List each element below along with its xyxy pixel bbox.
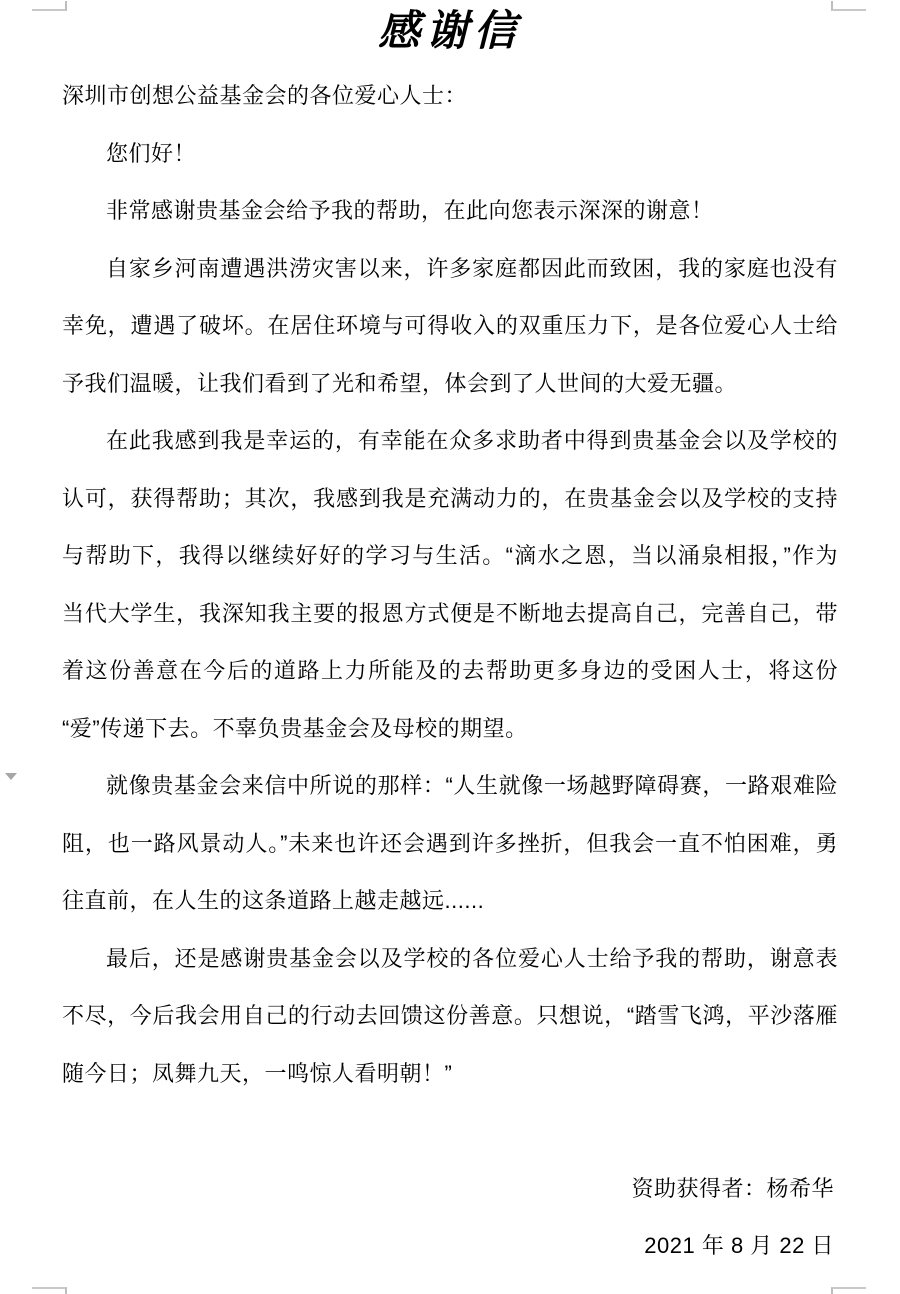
paragraph: 最后，还是感谢贵基金会以及学校的各位爱心人士给予我的帮助，谢意表不尽，今后我会用…	[62, 930, 838, 1103]
paragraph: 自家乡河南遭遇洪涝灾害以来，许多家庭都因此而致困，我的家庭也没有幸免，遭遇了破坏…	[62, 240, 838, 413]
paragraph-line: 非常感谢贵基金会给予我的帮助，在此向您表示深深的谢意！	[62, 182, 838, 240]
letter-title: 感谢信	[0, 4, 900, 60]
paragraph-line: 幸免，遭遇了破坏。在居住环境与可得收入的双重压力下，是各位爱心人士给	[62, 297, 838, 355]
paragraph-line: 予我们温暖，让我们看到了光和希望，体会到了人世间的大爱无疆。	[62, 355, 838, 413]
paragraph-line: 随今日；凤舞九天，一鸣惊人看明朝！”	[62, 1045, 838, 1103]
paragraph-line: 着这份善意在今后的道路上力所能及的去帮助更多身边的受困人士，将这份	[62, 642, 838, 700]
signature-line: 资助获得者：杨希华	[62, 1160, 838, 1218]
salutation-line: 深圳市创想公益基金会的各位爱心人士：	[62, 67, 838, 125]
paragraph-line: 与帮助下，我得以继续好好的学习与生活。“滴水之恩，当以涌泉相报，”作为	[62, 527, 838, 585]
paragraph-line: 您们好！	[62, 125, 838, 183]
page-margin-mark-bottom-right	[831, 1287, 866, 1294]
paragraph-line: 自家乡河南遭遇洪涝灾害以来，许多家庭都因此而致困，我的家庭也没有	[62, 240, 838, 298]
signature-block: 资助获得者：杨希华 2021 年 8 月 22 日	[62, 1160, 838, 1275]
page-margin-mark-bottom-left	[32, 1287, 67, 1294]
paragraph-line: 阻，也一路风景动人。”未来也许还会遇到许多挫折，但我会一直不怕困难，勇	[62, 815, 838, 873]
paragraph-line: “爱”传递下去。不辜负贵基金会及母校的期望。	[62, 700, 838, 758]
paragraph-line: 就像贵基金会来信中所说的那样：“人生就像一场越野障碍赛，一路艰难险	[62, 757, 838, 815]
paragraph: 就像贵基金会来信中所说的那样：“人生就像一场越野障碍赛，一路艰难险阻，也一路风景…	[62, 757, 838, 930]
paragraph-line: 不尽，今后我会用自己的行动去回馈这份善意。只想说，“踏雪飞鸿，平沙落雁	[62, 987, 838, 1045]
letter-content: 深圳市创想公益基金会的各位爱心人士： 您们好！非常感谢贵基金会给予我的帮助，在此…	[62, 67, 838, 1275]
paragraph: 您们好！	[62, 125, 838, 183]
paragraph-collapse-arrow-icon[interactable]	[5, 773, 17, 780]
paragraph-line: 往直前，在人生的这条道路上越走越远......	[62, 872, 838, 930]
paragraph-line: 当代大学生，我深知我主要的报恩方式便是不断地去提高自己，完善自己，带	[62, 585, 838, 643]
document-page: 感谢信 深圳市创想公益基金会的各位爱心人士： 您们好！非常感谢贵基金会给予我的帮…	[0, 0, 900, 1294]
paragraph-line: 在此我感到我是幸运的，有幸能在众多求助者中得到贵基金会以及学校的	[62, 412, 838, 470]
letter-body: 您们好！非常感谢贵基金会给予我的帮助，在此向您表示深深的谢意！自家乡河南遭遇洪涝…	[62, 125, 838, 1103]
paragraph-line: 最后，还是感谢贵基金会以及学校的各位爱心人士给予我的帮助，谢意表	[62, 930, 838, 988]
paragraph: 在此我感到我是幸运的，有幸能在众多求助者中得到贵基金会以及学校的认可，获得帮助；…	[62, 412, 838, 757]
paragraph-line: 认可，获得帮助；其次，我感到我是充满动力的，在贵基金会以及学校的支持	[62, 470, 838, 528]
date-line: 2021 年 8 月 22 日	[62, 1217, 838, 1275]
paragraph: 非常感谢贵基金会给予我的帮助，在此向您表示深深的谢意！	[62, 182, 838, 240]
